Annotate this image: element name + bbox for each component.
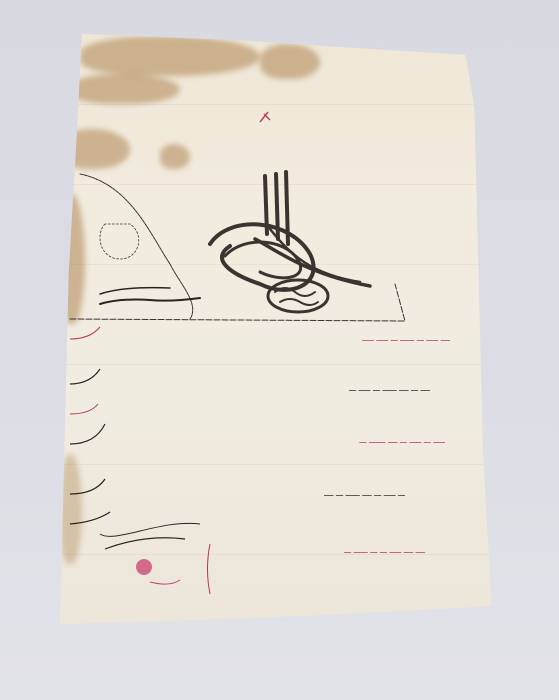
document-paper: ــــ ـــــ ـــ ــــــ ـــ ـــــ ـــــ ــ… [60, 34, 496, 630]
tughra-icon [60, 34, 496, 630]
text-line-red: ـــــ ـــ ـــــ ـــ ــــ ـــــــ ـــ [105, 436, 445, 446]
text-line-red: ــــ ـــــ ـــ ــــــ ـــ ـــــ ـــــ [110, 334, 450, 344]
text-line-black: ـــ ـــــ ـــ ــــ ــــــ ـــ ــــ [105, 489, 405, 499]
photo-scene: ــــ ـــــ ـــ ــــــ ـــ ـــــ ـــــ ــ… [0, 0, 559, 700]
text-line-black: ــــ ـــ ــــ ــــــ ـــ ـــــ ـــ [100, 384, 430, 394]
seal-icon [136, 559, 152, 575]
text-line-red: ــــ ــــ ـــــ ـــ ـــ ــــــ ـــ [200, 546, 425, 556]
